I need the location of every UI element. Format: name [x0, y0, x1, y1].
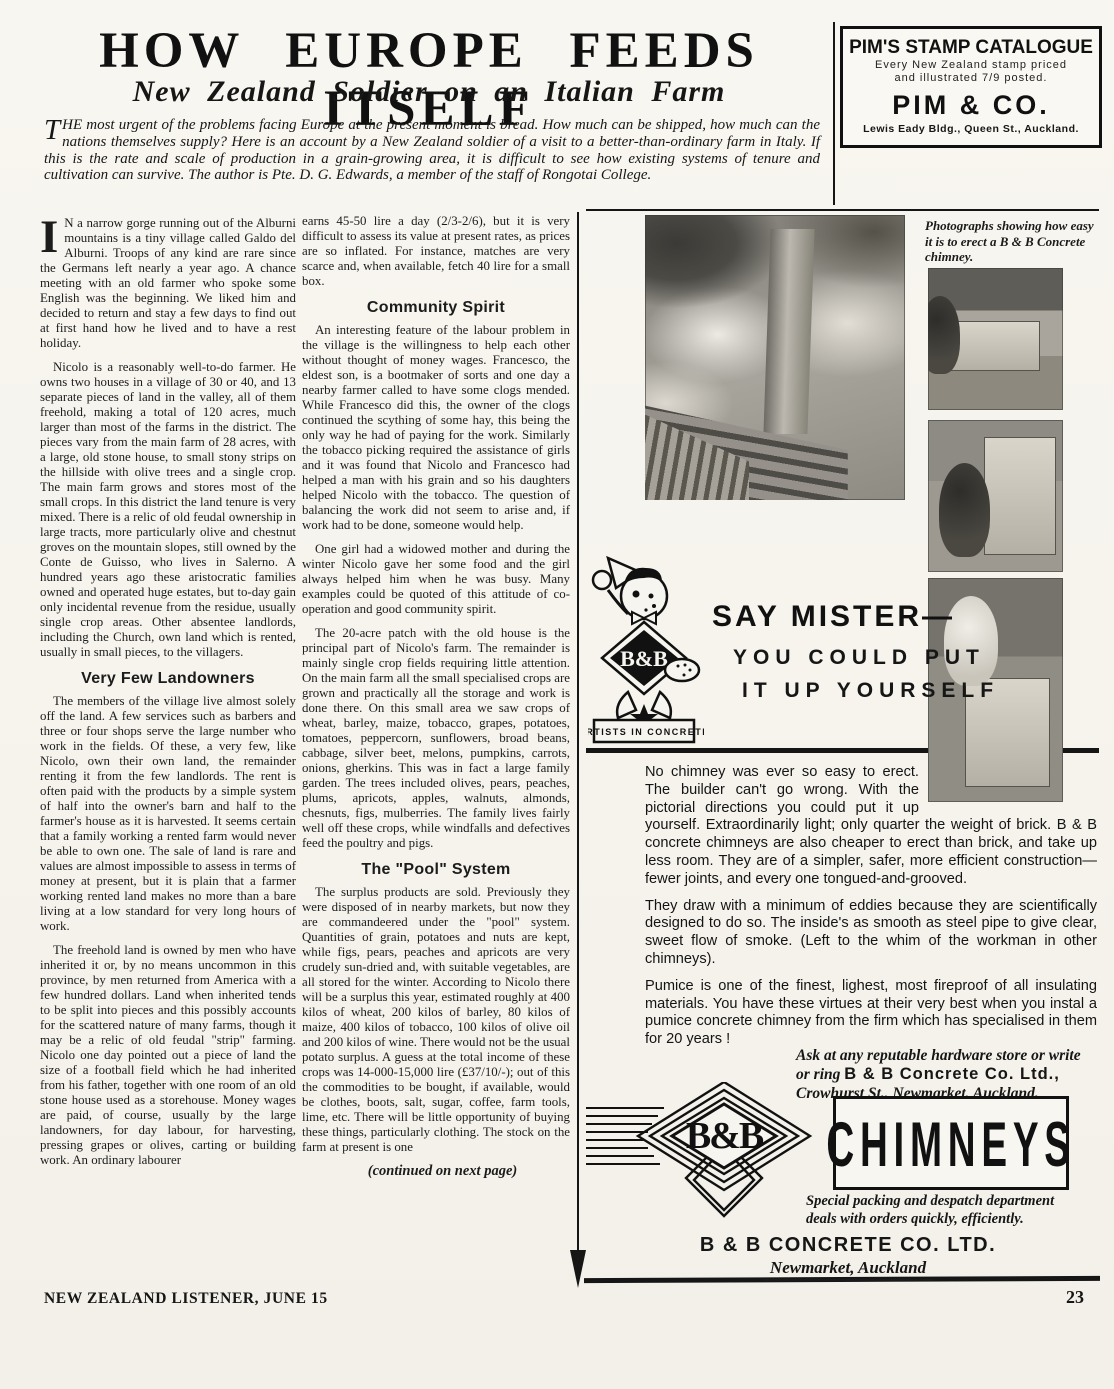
paragraph: Nicolo is a reasonably well-to-do farmer…	[40, 360, 296, 660]
photo-erecting-step1	[928, 268, 1063, 410]
pim-ad-address: Lewis Eady Bldg., Queen St., Auckland.	[843, 123, 1099, 135]
paragraph: earns 45-50 lire a day (2/3-2/6), but it…	[302, 214, 570, 289]
text-wrap-spacer	[919, 764, 1097, 814]
bb-body-paragraph: No chimney was ever so easy to erect. Th…	[645, 764, 1097, 889]
bb-contact-block: Ask at any reputable hardware store or w…	[796, 1046, 1098, 1103]
paragraph-dropcap: I	[40, 219, 58, 256]
mascot-logo-text: B&B	[620, 646, 668, 671]
photo-chimney-shape	[764, 229, 815, 434]
paragraph-text: N a narrow gorge running out of the Albu…	[40, 216, 296, 350]
photo-erecting-step2	[928, 420, 1063, 572]
continued-note: (continued on next page)	[302, 1164, 570, 1179]
bb-diamond-logo: B&B	[586, 1082, 838, 1234]
photo-figure-shape	[939, 463, 990, 557]
bb-chimneys-box: CHIMNEYS	[833, 1096, 1069, 1190]
bb-company-location: Newmarket, Auckland	[698, 1258, 998, 1281]
photo-chimney-smoking	[645, 215, 905, 500]
paragraph: The freehold land is owned by men who ha…	[40, 943, 296, 1168]
bb-ask-line1: Ask at any reputable hardware store or w…	[796, 1046, 1098, 1065]
pim-stamp-ad: PIM'S STAMP CATALOGUE Every New Zealand …	[840, 26, 1102, 148]
bb-body-paragraph: Pumice is one of the finest, lighest, mo…	[645, 978, 1097, 1049]
newspaper-page: HOW EUROPE FEEDS ITSELF New Zealand Sold…	[0, 0, 1114, 1389]
article-column-2: earns 45-50 lire a day (2/3-2/6), but it…	[302, 214, 570, 1188]
page-number: 23	[1066, 1287, 1084, 1308]
bb-mascot-illustration: B&B ARTISTS IN CONCRETE	[588, 552, 704, 748]
pim-ad-company: PIM & CO.	[843, 90, 1099, 121]
column-ad-divider-rule	[577, 212, 579, 1258]
bb-packing-note: Special packing and despatch department …	[806, 1192, 1084, 1228]
bb-location-text: Newmarket, Auckland	[762, 1258, 934, 1281]
bb-body-paragraph: They draw with a minimum of eddies becau…	[645, 898, 1097, 969]
photo-figure-shape	[928, 296, 960, 374]
paragraph: The 20-acre patch with the old house is …	[302, 626, 570, 851]
page-subtitle: New Zealand Soldier on an Italian Farm	[38, 75, 820, 109]
paragraph: One girl had a widowed mother and during…	[302, 542, 570, 617]
photo-crate-shape	[985, 438, 1055, 554]
mascot-banner-text: ARTISTS IN CONCRETE	[588, 727, 704, 737]
article-intro: THE most urgent of the problems facing E…	[44, 117, 820, 184]
section-heading: Very Few Landowners	[40, 671, 296, 686]
header-vertical-rule	[833, 22, 835, 205]
paragraph: The surplus products are sold. Previousl…	[302, 885, 570, 1155]
pim-ad-title: PIM'S STAMP CATALOGUE	[843, 37, 1099, 59]
publication-footer: NEW ZEALAND LISTENER, JUNE 15	[44, 1290, 328, 1308]
bb-packing-line1: Special packing and despatch department	[806, 1192, 1084, 1210]
bb-headline-2: YOU COULD PUT	[733, 646, 985, 670]
bb-headline-1: SAY MISTER—	[712, 600, 955, 634]
bb-diamond-logo-text: B&B	[686, 1115, 764, 1157]
bb-packing-line2: deals with orders quickly, efficiently.	[806, 1210, 1084, 1228]
article-column-1: IN a narrow gorge running out of the Alb…	[40, 216, 296, 1177]
photo-caption: Photographs showing how easy it is to er…	[925, 218, 1101, 265]
paragraph: IN a narrow gorge running out of the Alb…	[40, 216, 296, 351]
bb-ad-body: No chimney was ever so easy to erect. Th…	[645, 764, 1097, 1058]
paragraph: An interesting feature of the labour pro…	[302, 323, 570, 533]
bb-chimneys-text: CHIMNEYS	[826, 1106, 1075, 1180]
paragraph: The members of the village live almost s…	[40, 694, 296, 934]
photo-crate-shape	[952, 322, 1038, 370]
section-heading: The "Pool" System	[302, 862, 570, 877]
section-heading: Community Spirit	[302, 300, 570, 315]
bb-ask-line2-pre: or ring	[796, 1066, 844, 1083]
bb-company-name: B & B CONCRETE CO. LTD.	[698, 1234, 998, 1257]
pim-ad-line2: and illustrated 7/9 posted.	[843, 72, 1099, 85]
bb-ask-line2: or ring B & B Concrete Co. Ltd.,	[796, 1065, 1098, 1084]
intro-text: HE most urgent of the problems facing Eu…	[44, 117, 820, 183]
ad-top-rule	[586, 209, 1099, 211]
bb-ask-line2-company: B & B Concrete Co. Ltd.,	[844, 1065, 1060, 1083]
intro-dropcap: T	[44, 117, 60, 143]
pim-ad-line1: Every New Zealand stamp priced	[843, 59, 1099, 72]
bb-headline-3: IT UP YOURSELF	[742, 679, 999, 703]
